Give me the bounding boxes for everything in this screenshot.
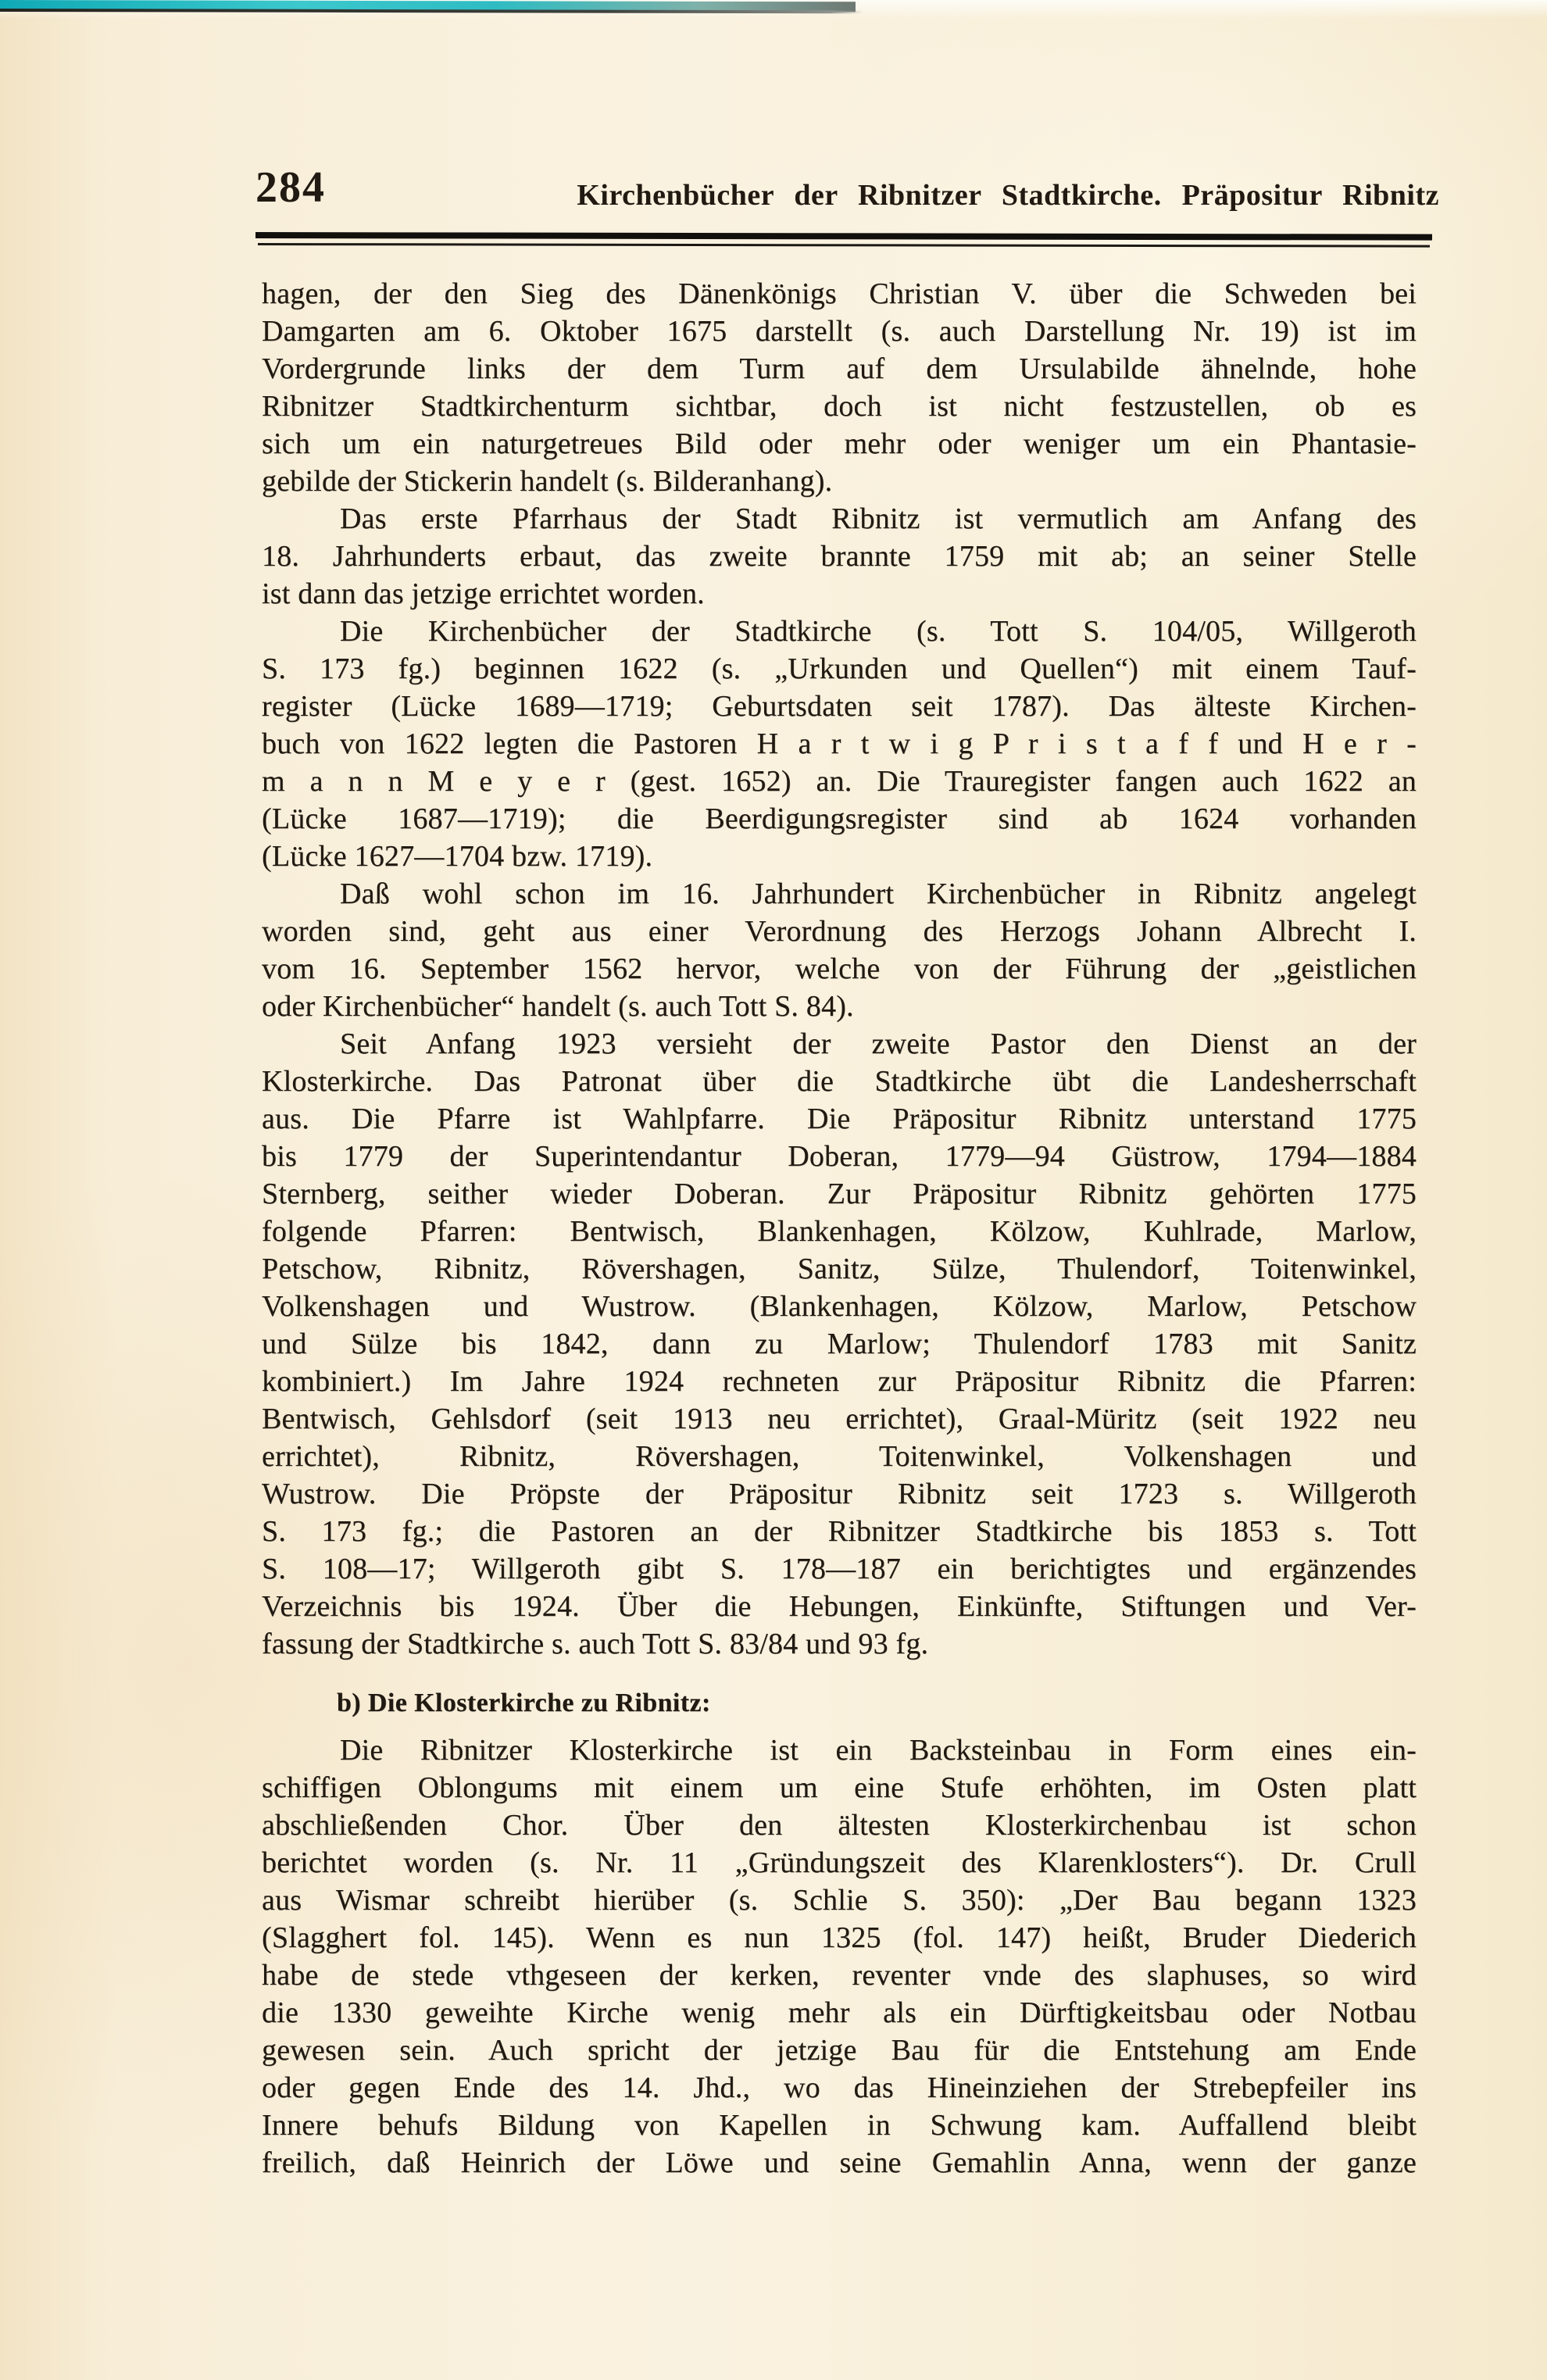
paragraph-pfarrhaus: Das erste Pfarrhaus der Stadt Ribnitz is… <box>262 500 1417 613</box>
text-line: Klosterkirche. Das Patronat über die Sta… <box>262 1063 1417 1100</box>
text-line: Bentwisch, Gehlsdorf (seit 1913 neu erri… <box>262 1400 1417 1438</box>
text-line: Die Ribnitzer Klosterkirche ist ein Back… <box>262 1731 1417 1769</box>
text-line: (Slagghert fol. 145). Wenn es nun 1325 (… <box>262 1919 1417 1957</box>
text-line: S. 108—17; Willgeroth gibt S. 178—187 ei… <box>262 1550 1417 1588</box>
text-line: berichtet worden (s. Nr. 11 „Gründungsze… <box>262 1844 1417 1881</box>
paragraph-klosterkirche: Die Ribnitzer Klosterkirche ist ein Back… <box>262 1731 1417 2182</box>
paragraph-verordnung-1562: Daß wohl schon im 16. Jahrhundert Kirche… <box>262 875 1417 1025</box>
text-line: sich um ein naturgetreues Bild oder mehr… <box>262 425 1417 463</box>
text-line: schiffigen Oblongums mit einem um eine S… <box>262 1769 1417 1806</box>
text-line: fassung der Stadtkirche s. auch Tott S. … <box>262 1625 1417 1663</box>
text-line: m a n n M e y e r (gest. 1652) an. Die T… <box>262 763 1417 800</box>
paragraph-kirchenbuecher: Die Kirchenbücher der Stadtkirche (s. To… <box>262 613 1417 875</box>
text-line: buch von 1622 legten die Pastoren H a r … <box>262 725 1417 763</box>
text-line: aus Wismar schreibt hierüber (s. Schlie … <box>262 1881 1417 1919</box>
text-line: register (Lücke 1689—1719; Geburtsdaten … <box>262 688 1417 725</box>
text-line: aus. Die Pfarre ist Wahlpfarre. Die Präp… <box>262 1100 1417 1138</box>
text-line: Innere behufs Bildung von Kapellen in Sc… <box>262 2107 1417 2144</box>
text-line: worden sind, geht aus einer Verordnung d… <box>262 913 1417 950</box>
text-line: Wustrow. Die Pröpste der Präpositur Ribn… <box>262 1475 1417 1513</box>
text-line: und Sülze bis 1842, dann zu Marlow; Thul… <box>262 1325 1417 1363</box>
text-line: die 1330 geweihte Kirche wenig mehr als … <box>262 1994 1417 2032</box>
text-line: hagen, der den Sieg des Dänenkönigs Chri… <box>262 275 1417 313</box>
text-line: S. 173 fg.; die Pastoren an der Ribnitze… <box>262 1513 1417 1550</box>
page-body: hagen, der den Sieg des Dänenkönigs Chri… <box>262 275 1417 2182</box>
text-line: oder gegen Ende des 14. Jhd., wo das Hin… <box>262 2069 1417 2107</box>
text-line: vom 16. September 1562 hervor, welche vo… <box>262 950 1417 988</box>
book-page-scan: 284 Kirchenbücher der Ribnitzer Stadtkir… <box>0 0 1547 2380</box>
text-line: Seit Anfang 1923 versieht der zweite Pas… <box>262 1025 1417 1063</box>
text-line: Damgarten am 6. Oktober 1675 darstellt (… <box>262 313 1417 350</box>
text-line: errichtet), Ribnitz, Rövershagen, Toiten… <box>262 1438 1417 1475</box>
text-line: Petschow, Ribnitz, Rövershagen, Sanitz, … <box>262 1250 1417 1288</box>
text-line: Volkenshagen und Wustrow. (Blankenhagen,… <box>262 1288 1417 1325</box>
running-head-title: Kirchenbücher der Ribnitzer Stadtkirche.… <box>577 180 1439 210</box>
text-line: oder Kirchenbücher“ handelt (s. auch Tot… <box>262 988 1417 1025</box>
subheading-klosterkirche: b) Die Klosterkirche zu Ribnitz: <box>262 1686 1417 1721</box>
paragraph-continuation: hagen, der den Sieg des Dänenkönigs Chri… <box>262 275 1417 500</box>
text-line: bis 1779 der Superintendantur Doberan, 1… <box>262 1138 1417 1175</box>
page-number: 284 <box>255 166 326 209</box>
paragraph-praepositur: Seit Anfang 1923 versieht der zweite Pas… <box>262 1025 1417 1663</box>
text-line: 18. Jahrhunderts erbaut, das zweite bran… <box>262 538 1417 575</box>
text-line: Daß wohl schon im 16. Jahrhundert Kirche… <box>262 875 1417 913</box>
text-line: ist dann das jetzige errichtet worden. <box>262 575 1417 613</box>
text-line: (Lücke 1687—1719); die Beerdigungsregist… <box>262 800 1417 838</box>
text-line: gewesen sein. Auch spricht der jetzige B… <box>262 2032 1417 2069</box>
text-line: gebilde der Stickerin handelt (s. Bilder… <box>262 463 1417 500</box>
text-line: Verzeichnis bis 1924. Über die Hebungen,… <box>262 1588 1417 1625</box>
text-line: Vordergrunde links der dem Turm auf dem … <box>262 350 1417 388</box>
text-line: Die Kirchenbücher der Stadtkirche (s. To… <box>262 613 1417 650</box>
text-line: Sternberg, seither wieder Doberan. Zur P… <box>262 1175 1417 1213</box>
text-line: S. 173 fg.) beginnen 1622 (s. „Urkunden … <box>262 650 1417 688</box>
text-line: Das erste Pfarrhaus der Stadt Ribnitz is… <box>262 500 1417 538</box>
header-rule-thick <box>255 232 1432 241</box>
header-rule-thin <box>258 243 1430 248</box>
text-line: folgende Pfarren: Bentwisch, Blankenhage… <box>262 1213 1417 1250</box>
text-line: freilich, daß Heinrich der Löwe und sein… <box>262 2144 1417 2182</box>
text-line: Ribnitzer Stadtkirchenturm sichtbar, doc… <box>262 388 1417 425</box>
text-line: kombiniert.) Im Jahre 1924 rechneten zur… <box>262 1363 1417 1400</box>
text-line: habe de stede vthgeseen der kerken, reve… <box>262 1957 1417 1994</box>
text-line: (Lücke 1627—1704 bzw. 1719). <box>262 838 1417 875</box>
text-line: abschließenden Chor. Über den ältesten K… <box>262 1806 1417 1844</box>
